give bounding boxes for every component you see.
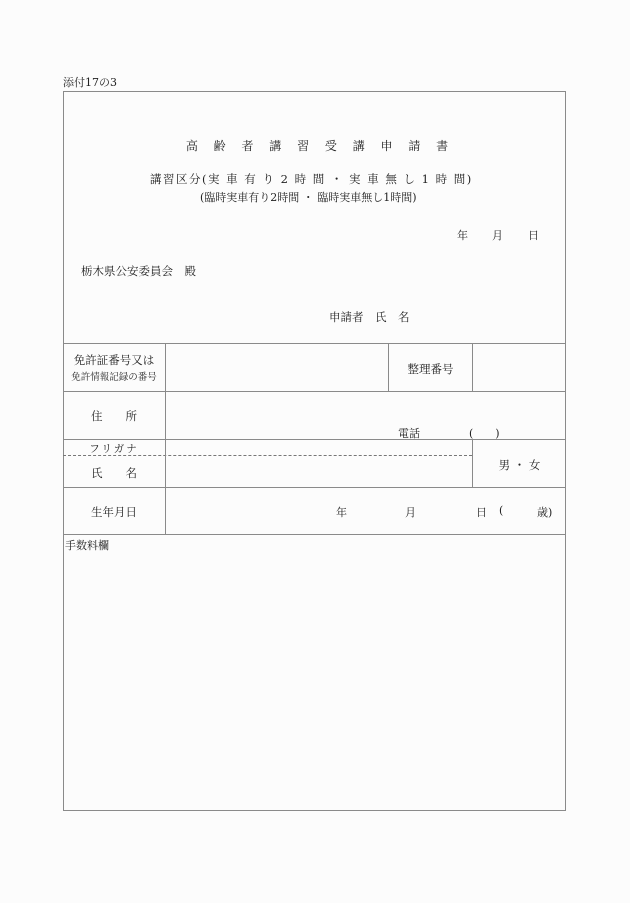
course-category-line1: 講習区分(実 車 有 り 2 時 間 ・ 実 車 無 し 1 時 間) (150, 171, 473, 187)
row-divider (63, 391, 566, 392)
address-field[interactable] (167, 393, 565, 438)
reference-number-label: 整理番号 (389, 361, 472, 377)
license-number-field[interactable] (167, 345, 387, 390)
license-number-label: 免許証番号又は (63, 352, 165, 368)
age-open-paren: ( (499, 504, 503, 517)
address-label: 住 所 (63, 408, 165, 424)
phone-label: 電話 (398, 425, 420, 441)
birth-year-label: 年 (336, 504, 347, 520)
attachment-label: 添付17の3 (63, 74, 117, 90)
birth-month-label: 月 (405, 504, 416, 520)
name-label: 氏 名 (63, 465, 165, 481)
row-divider (63, 487, 566, 488)
applicant-name-label: 申請者 氏 名 (329, 309, 410, 325)
sex-selection[interactable]: 男 ・ 女 (473, 457, 566, 473)
fee-section-label: 手数料欄 (65, 537, 109, 553)
addressee: 栃木県公安委員会 殿 (81, 263, 196, 279)
age-label: 歳) (537, 504, 552, 520)
date-month-label: 月 (492, 227, 503, 243)
form-title: 高 齢 者 講 習 受 講 申 請 書 (0, 137, 630, 154)
column-divider (165, 343, 166, 534)
phone-area-code-parens: ( ) (469, 425, 500, 441)
reference-number-field[interactable] (474, 345, 565, 390)
license-record-label: 免許情報記録の番号 (63, 369, 165, 383)
date-day-label: 日 (528, 227, 539, 243)
row-divider (63, 534, 566, 535)
column-divider (472, 343, 473, 391)
name-field[interactable] (167, 457, 471, 486)
row-divider (63, 343, 566, 344)
course-category-line2: (臨時実車有り2時間 ・ 臨時実車無し1時間) (200, 189, 417, 205)
birth-day-label: 日 (476, 504, 487, 520)
furigana-label: フリガナ (63, 441, 165, 456)
furigana-field[interactable] (167, 441, 471, 454)
birthdate-label: 生年月日 (63, 504, 165, 520)
date-year-label: 年 (457, 227, 468, 243)
